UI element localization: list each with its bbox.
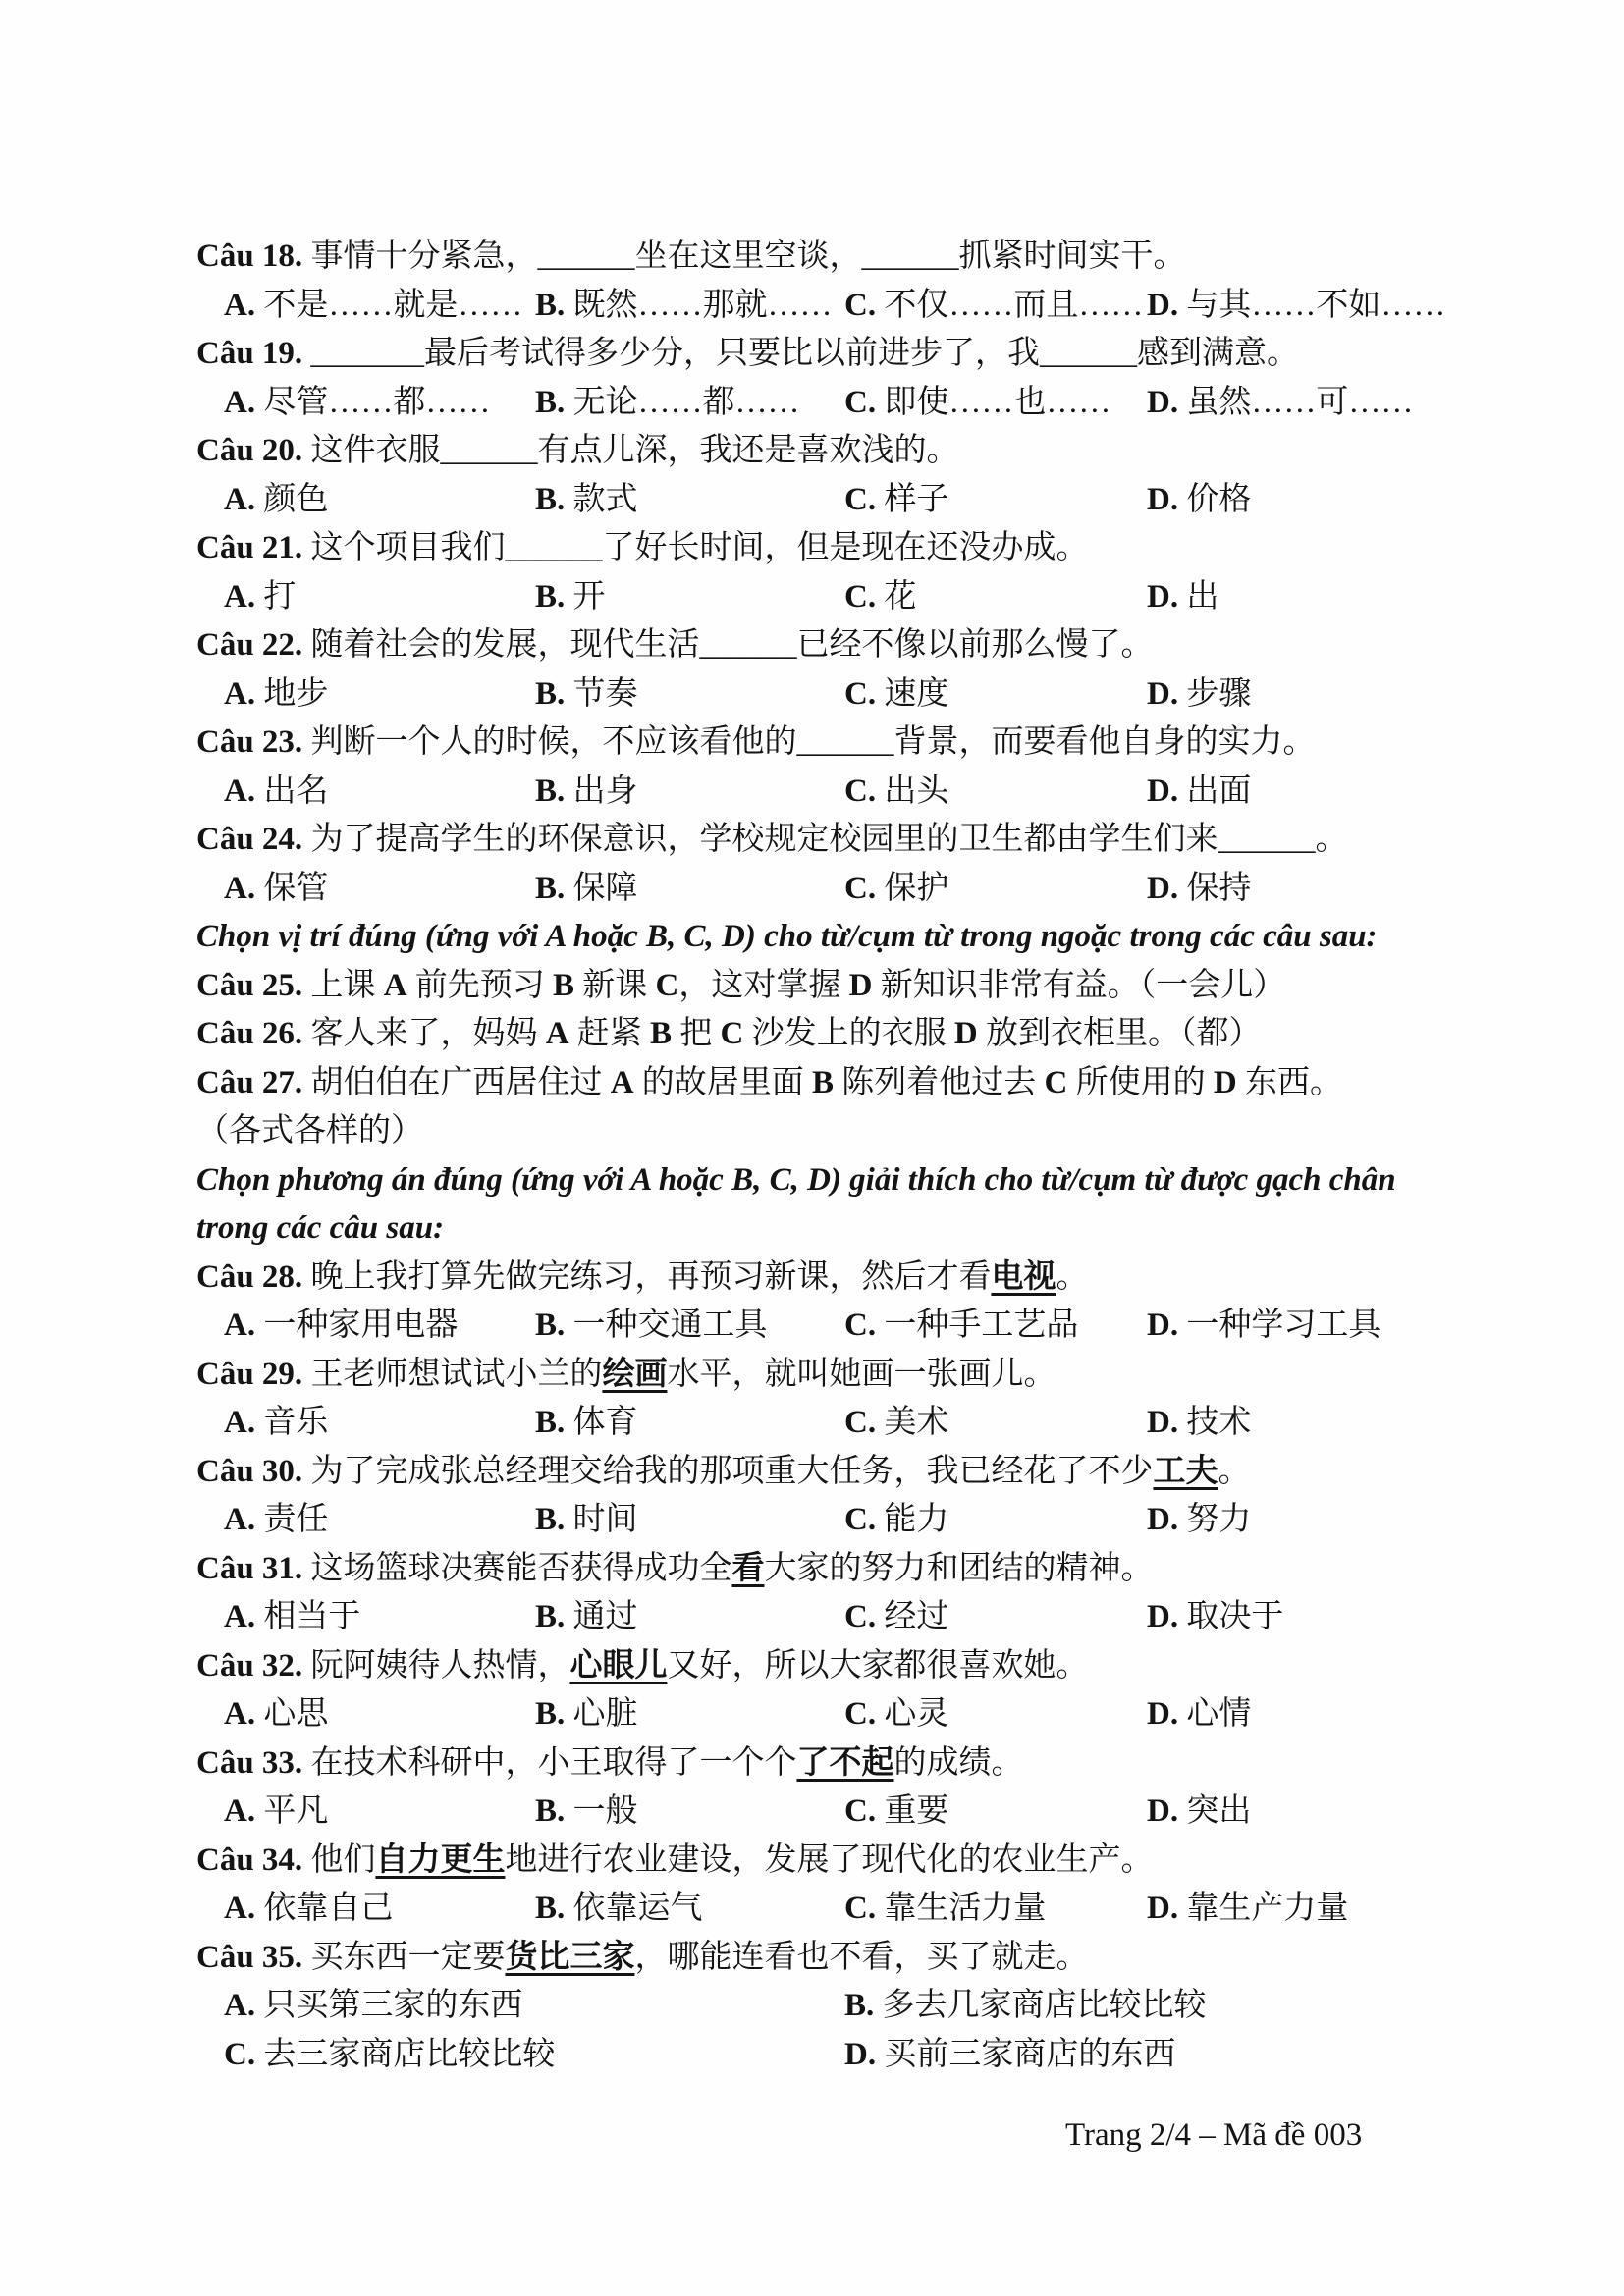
question-line: Câu 19. _______最后考试得多少分，只要比以前进步了，我______… [196, 330, 1465, 379]
option-text: 不是……就是…… [263, 288, 522, 323]
option-text: 不仅……而且…… [884, 288, 1143, 323]
option-letter: C. [224, 2037, 255, 2072]
option-text: 出头 [884, 774, 948, 809]
option-d: D. 价格 [1147, 476, 1251, 525]
option-text: 多去几家商店比较比较 [883, 1988, 1207, 2023]
option-letter: A. [224, 1696, 255, 1732]
question-text: 为了完成张总经理交给我的那项重大任务，我已经花了不少工夫。 [310, 1454, 1250, 1489]
option-letter: C. [844, 1891, 876, 1926]
question-label: Câu 31. [196, 1551, 302, 1586]
option-text: 步骤 [1186, 676, 1251, 712]
options-row: A. 平凡B. 一般C. 重要D. 突出 [196, 1788, 1465, 1837]
question-text: 他们自力更生地进行农业建设，发展了现代化的农业生产。 [310, 1842, 1153, 1878]
option-letter: A. [224, 871, 255, 906]
option-text: 心思 [263, 1696, 328, 1732]
position-letter: B [812, 1065, 834, 1100]
option-text: 责任 [263, 1502, 328, 1537]
option-text: 心情 [1186, 1696, 1251, 1732]
option-letter: C. [844, 1793, 876, 1829]
option-a: A. 相当于 [224, 1593, 360, 1642]
option-text: 去三家商店比较比较 [263, 2037, 555, 2072]
page-footer: Trang 2/4 – Mã đề 003 [1065, 2111, 1362, 2161]
option-b: B. 一般 [535, 1788, 638, 1837]
option-text: 一般 [573, 1793, 638, 1829]
option-letter: B. [535, 676, 565, 712]
option-a: A. 出名 [224, 768, 328, 817]
options-row: A. 心思B. 心脏C. 心灵D. 心情 [196, 1690, 1465, 1739]
option-b: B. 款式 [535, 476, 638, 525]
question-text: 这个项目我们______了好长时间，但是现在还没办成。 [310, 530, 1088, 565]
option-a: A. 只买第三家的东西 [224, 1982, 522, 2031]
option-letter: C. [844, 579, 876, 614]
question-text: 胡伯伯在广西居住过 A 的故居里面 B 陈列着他过去 C 所使用的 D 东西。 [310, 1065, 1342, 1100]
options-row: A. 一种家用电器B. 一种交通工具C. 一种手工艺品D. 一种学习工具 [196, 1302, 1465, 1351]
option-d: D. 靠生产力量 [1147, 1885, 1348, 1934]
option-d: D. 突出 [1147, 1788, 1251, 1837]
option-text: 只买第三家的东西 [263, 1988, 522, 2023]
option-letter: A. [224, 1308, 255, 1343]
option-text: 地步 [263, 676, 328, 712]
option-text: 一种交通工具 [573, 1308, 768, 1343]
option-letter: B. [535, 1793, 565, 1829]
option-c: C. 一种手工艺品 [844, 1302, 1078, 1351]
option-letter: A. [224, 579, 255, 614]
question-line: Câu 18. 事情十分紧急，______坐在这里空谈，______抓紧时间实干… [196, 233, 1465, 282]
option-c: C. 能力 [844, 1496, 948, 1545]
option-letter: C. [844, 288, 876, 323]
option-letter: D. [1147, 871, 1178, 906]
underlined-term: 工夫 [1153, 1454, 1218, 1489]
option-letter: C. [844, 871, 876, 906]
position-letter: C [656, 968, 679, 1003]
question-text: 晚上我打算先做完练习，再预习新课，然后才看电视。 [310, 1259, 1088, 1295]
option-text: 虽然……可…… [1186, 385, 1413, 420]
option-text: 相当于 [263, 1599, 360, 1634]
option-text: 一种手工艺品 [884, 1308, 1078, 1343]
option-letter: B. [535, 1599, 565, 1634]
question-line: Câu 23. 判断一个人的时候，不应该看他的______背景，而要看他自身的实… [196, 719, 1465, 768]
options-row: A. 只买第三家的东西B. 多去几家商店比较比较 [196, 1982, 1465, 2031]
option-c: C. 花 [844, 573, 916, 622]
option-a: A. 保管 [224, 865, 328, 914]
option-text: 心脏 [573, 1696, 638, 1732]
option-b: B. 出身 [535, 768, 638, 817]
option-d: D. 取决于 [1147, 1593, 1283, 1642]
option-letter: A. [224, 676, 255, 712]
question-label: Câu 20. [196, 433, 302, 468]
option-letter: D. [1147, 1599, 1178, 1634]
option-c: C. 保护 [844, 865, 948, 914]
underlined-term: 自力更生 [375, 1842, 505, 1878]
question-label: Câu 25. [196, 968, 302, 1003]
option-letter: D. [1147, 676, 1178, 712]
option-a: A. 责任 [224, 1496, 328, 1545]
question-label: Câu 18. [196, 239, 302, 274]
option-letter: C. [844, 676, 876, 712]
option-text: 款式 [573, 482, 638, 517]
option-letter: B. [535, 579, 565, 614]
question-text: 事情十分紧急，______坐在这里空谈，______抓紧时间实干。 [310, 239, 1185, 274]
question-line: Câu 22. 随着社会的发展，现代生活______已经不像以前那么慢了。 [196, 621, 1465, 670]
option-text: 即使……也…… [884, 385, 1110, 420]
question-label: Câu 21. [196, 530, 302, 565]
option-letter: B. [535, 871, 565, 906]
question-line: Câu 31. 这场篮球决赛能否获得成功全看大家的努力和团结的精神。 [196, 1545, 1465, 1594]
option-a: A. 尽管……都…… [224, 379, 490, 428]
position-letter: D [954, 1016, 978, 1051]
option-c: C. 心灵 [844, 1690, 948, 1739]
option-letter: B. [535, 288, 565, 323]
option-text: 出名 [263, 774, 328, 809]
question-label: Câu 33. [196, 1745, 302, 1781]
option-b: B. 保障 [535, 865, 638, 914]
option-text: 依靠自己 [263, 1891, 393, 1926]
option-text: 平凡 [263, 1793, 328, 1829]
position-letter: C [721, 1016, 744, 1051]
option-c: C. 速度 [844, 670, 948, 720]
position-letter: B [650, 1016, 672, 1051]
question-text: _______最后考试得多少分，只要比以前进步了，我______感到满意。 [310, 336, 1299, 371]
option-b: B. 心脏 [535, 1690, 638, 1739]
question-label: Câu 24. [196, 822, 302, 857]
option-text: 保护 [884, 871, 948, 906]
option-b: B. 时间 [535, 1496, 638, 1545]
question-label: Câu 34. [196, 1842, 302, 1878]
option-text: 保障 [573, 871, 638, 906]
option-text: 时间 [573, 1502, 638, 1537]
option-d: D. 虽然……可…… [1147, 379, 1413, 428]
option-d: D. 买前三家商店的东西 [844, 2031, 1175, 2080]
option-d: D. 保持 [1147, 865, 1251, 914]
option-letter: B. [535, 1405, 565, 1440]
option-text: 突出 [1186, 1793, 1251, 1829]
question-text: 为了提高学生的环保意识，学校规定校园里的卫生都由学生们来______。 [310, 822, 1347, 857]
options-row: A. 相当于B. 通过C. 经过D. 取决于 [196, 1593, 1465, 1642]
option-text: 样子 [884, 482, 948, 517]
options-row: A. 地步B. 节奏C. 速度D. 步骤 [196, 670, 1465, 720]
option-c: C. 经过 [844, 1593, 948, 1642]
question-line: Câu 32. 阮阿姨待人热情，心眼儿又好，所以大家都很喜欢她。 [196, 1642, 1465, 1691]
option-text: 尽管……都…… [263, 385, 490, 420]
option-text: 出面 [1186, 774, 1251, 809]
option-letter: A. [224, 1891, 255, 1926]
question-line: Câu 34. 他们自力更生地进行农业建设，发展了现代化的农业生产。 [196, 1837, 1465, 1886]
option-text: 经过 [884, 1599, 948, 1634]
option-letter: B. [535, 1891, 565, 1926]
option-text: 取决于 [1186, 1599, 1283, 1634]
question-line: Câu 28. 晚上我打算先做完练习，再预习新课，然后才看电视。 [196, 1254, 1465, 1303]
question-label: Câu 29. [196, 1357, 302, 1392]
option-b: B. 开 [535, 573, 606, 622]
option-letter: B. [535, 385, 565, 420]
option-letter: C. [844, 1308, 876, 1343]
option-c: C. 美术 [844, 1399, 948, 1448]
question-note: （各式各样的） [196, 1107, 1465, 1156]
option-letter: D. [1147, 1793, 1178, 1829]
question-label: Câu 23. [196, 724, 302, 760]
option-letter: A. [224, 1988, 255, 2023]
option-b: B. 无论……都…… [535, 379, 800, 428]
option-text: 速度 [884, 676, 948, 712]
options-row: A. 尽管……都……B. 无论……都……C. 即使……也……D. 虽然……可…… [196, 379, 1465, 428]
option-d: D. 步骤 [1147, 670, 1251, 720]
option-letter: A. [224, 1599, 255, 1634]
option-a: A. 音乐 [224, 1399, 328, 1448]
question-line: Câu 27. 胡伯伯在广西居住过 A 的故居里面 B 陈列着他过去 C 所使用… [196, 1059, 1465, 1108]
option-letter: D. [1147, 1405, 1178, 1440]
option-d: D. 技术 [1147, 1399, 1251, 1448]
option-c: C. 不仅……而且…… [844, 282, 1143, 331]
option-c: C. 靠生活力量 [844, 1885, 1046, 1934]
option-letter: D. [1147, 1308, 1178, 1343]
question-label: Câu 19. [196, 336, 302, 371]
question-label: Câu 32. [196, 1648, 302, 1683]
option-text: 体育 [573, 1405, 638, 1440]
option-b: B. 节奏 [535, 670, 638, 720]
section-heading: Chọn vị trí đúng (ứng với A hoặc B, C, D… [196, 913, 1465, 962]
option-text: 颜色 [263, 482, 328, 517]
question-line: Câu 29. 王老师想试试小兰的绘画水平，就叫她画一张画儿。 [196, 1351, 1465, 1400]
option-text: 保管 [263, 871, 328, 906]
option-c: C. 去三家商店比较比较 [224, 2031, 555, 2080]
option-letter: C. [844, 385, 876, 420]
position-letter: D [849, 968, 873, 1003]
option-text: 通过 [573, 1599, 638, 1634]
option-b: B. 多去几家商店比较比较 [844, 1982, 1207, 2031]
option-letter: C. [844, 1502, 876, 1537]
questions: Câu 18. 事情十分紧急，______坐在这里空谈，______抓紧时间实干… [196, 233, 1465, 2079]
option-text: 靠生活力量 [884, 1891, 1046, 1926]
option-text: 重要 [884, 1793, 948, 1829]
question-label: Câu 35. [196, 1940, 302, 1975]
question-text: 王老师想试试小兰的绘画水平，就叫她画一张画儿。 [310, 1357, 1056, 1392]
option-a: A. 平凡 [224, 1788, 328, 1837]
exam-page: Câu 18. 事情十分紧急，______坐在这里空谈，______抓紧时间实干… [0, 0, 1624, 2296]
option-letter: D. [1147, 1696, 1178, 1732]
option-a: A. 地步 [224, 670, 328, 720]
question-text: 买东西一定要货比三家，哪能连看也不看，买了就走。 [310, 1940, 1088, 1975]
option-d: D. 心情 [1147, 1690, 1251, 1739]
option-c: C. 即使……也…… [844, 379, 1110, 428]
option-letter: D. [844, 2037, 876, 2072]
question-text: 在技术科研中，小王取得了一个个了不起的成绩。 [310, 1745, 1023, 1781]
question-line: Câu 24. 为了提高学生的环保意识，学校规定校园里的卫生都由学生们来____… [196, 816, 1465, 865]
question-line: Câu 35. 买东西一定要货比三家，哪能连看也不看，买了就走。 [196, 1934, 1465, 1983]
option-text: 无论……都…… [573, 385, 800, 420]
option-text: 美术 [884, 1405, 948, 1440]
option-text: 依靠运气 [573, 1891, 703, 1926]
option-b: B. 既然……那就…… [535, 282, 833, 331]
option-letter: A. [224, 385, 255, 420]
position-letter: C [1045, 1065, 1068, 1100]
question-label: Câu 26. [196, 1016, 302, 1051]
option-letter: D. [1147, 579, 1178, 614]
option-letter: C. [844, 1696, 876, 1732]
position-letter: A [546, 1016, 569, 1051]
question-label: Câu 28. [196, 1259, 302, 1295]
option-a: A. 心思 [224, 1690, 328, 1739]
underlined-term: 了不起 [796, 1745, 893, 1781]
options-row: A. 音乐B. 体育C. 美术D. 技术 [196, 1399, 1465, 1448]
question-line: Câu 33. 在技术科研中，小王取得了一个个了不起的成绩。 [196, 1739, 1465, 1789]
option-text: 节奏 [573, 676, 638, 712]
option-text: 开 [573, 579, 606, 614]
option-d: D. 与其……不如…… [1147, 282, 1445, 331]
option-letter: C. [844, 482, 876, 517]
option-letter: D. [1147, 288, 1178, 323]
options-row: C. 去三家商店比较比较D. 买前三家商店的东西 [196, 2031, 1465, 2080]
option-letter: C. [844, 774, 876, 809]
option-text: 出身 [573, 774, 638, 809]
underlined-term: 电视 [991, 1259, 1056, 1295]
option-letter: C. [844, 1405, 876, 1440]
option-letter: B. [535, 1308, 565, 1343]
option-d: D. 一种学习工具 [1147, 1302, 1380, 1351]
option-letter: A. [224, 288, 255, 323]
option-letter: A. [224, 482, 255, 517]
option-text: 与其……不如…… [1186, 288, 1445, 323]
section-heading: Chọn phương án đúng (ứng với A hoặc B, C… [196, 1156, 1465, 1254]
question-text: 这场篮球决赛能否获得成功全看大家的努力和团结的精神。 [310, 1551, 1153, 1586]
question-label: Câu 27. [196, 1065, 302, 1100]
option-d: D. 出 [1147, 573, 1218, 622]
option-text: 技术 [1186, 1405, 1251, 1440]
option-letter: D. [1147, 774, 1178, 809]
question-label: Câu 30. [196, 1454, 302, 1489]
question-line: Câu 20. 这件衣服______有点儿深，我还是喜欢浅的。 [196, 427, 1465, 476]
option-a: A. 一种家用电器 [224, 1302, 458, 1351]
options-row: A. 依靠自己B. 依靠运气C. 靠生活力量D. 靠生产力量 [196, 1885, 1465, 1934]
option-letter: C. [844, 1599, 876, 1634]
option-b: B. 通过 [535, 1593, 638, 1642]
option-b: B. 一种交通工具 [535, 1302, 768, 1351]
question-line: Câu 25. 上课 A 前先预习 B 新课 C，这对掌握 D 新知识非常有益。… [196, 962, 1465, 1011]
option-letter: B. [535, 482, 565, 517]
option-c: C. 重要 [844, 1788, 948, 1837]
options-row: A. 打B. 开C. 花D. 出 [196, 573, 1465, 622]
option-text: 音乐 [263, 1405, 328, 1440]
options-row: A. 颜色B. 款式C. 样子D. 价格 [196, 476, 1465, 525]
option-letter: B. [535, 1502, 565, 1537]
options-row: A. 不是……就是……B. 既然……那就……C. 不仅……而且……D. 与其……… [196, 282, 1465, 331]
option-text: 心灵 [884, 1696, 948, 1732]
options-row: A. 责任B. 时间C. 能力D. 努力 [196, 1496, 1465, 1545]
option-d: D. 努力 [1147, 1496, 1251, 1545]
option-letter: D. [1147, 1502, 1178, 1537]
question-text: 随着社会的发展，现代生活______已经不像以前那么慢了。 [310, 627, 1153, 663]
option-text: 价格 [1186, 482, 1251, 517]
position-letter: A [384, 968, 407, 1003]
page-footer-text: Trang 2/4 – Mã đề 003 [1065, 2117, 1362, 2153]
underlined-term: 心眼儿 [569, 1648, 667, 1683]
option-letter: B. [535, 774, 565, 809]
option-letter: B. [535, 1696, 565, 1732]
option-c: C. 出头 [844, 768, 948, 817]
option-d: D. 出面 [1147, 768, 1251, 817]
option-a: A. 依靠自己 [224, 1885, 393, 1934]
option-text: 靠生产力量 [1186, 1891, 1348, 1926]
question-text: 上课 A 前先预习 B 新课 C，这对掌握 D 新知识非常有益。（一会儿） [310, 968, 1285, 1003]
question-text: 阮阿姨待人热情，心眼儿又好，所以大家都很喜欢她。 [310, 1648, 1088, 1683]
option-text: 买前三家商店的东西 [884, 2037, 1175, 2072]
option-letter: A. [224, 1502, 255, 1537]
option-text: 能力 [884, 1502, 948, 1537]
option-text: 一种学习工具 [1186, 1308, 1380, 1343]
question-label: Câu 22. [196, 627, 302, 663]
option-c: C. 样子 [844, 476, 948, 525]
question-line: Câu 30. 为了完成张总经理交给我的那项重大任务，我已经花了不少工夫。 [196, 1448, 1465, 1497]
option-b: B. 依靠运气 [535, 1885, 703, 1934]
position-letter: D [1214, 1065, 1237, 1100]
option-text: 既然……那就…… [573, 288, 833, 323]
option-text: 打 [263, 579, 296, 614]
position-letter: B [553, 968, 574, 1003]
option-letter: B. [844, 1988, 874, 2023]
option-a: A. 颜色 [224, 476, 328, 525]
question-text: 判断一个人的时候，不应该看他的______背景，而要看他自身的实力。 [310, 724, 1315, 760]
question-line: Câu 21. 这个项目我们______了好长时间，但是现在还没办成。 [196, 524, 1465, 573]
underlined-term: 绘画 [602, 1357, 667, 1392]
option-letter: D. [1147, 385, 1178, 420]
options-row: A. 保管B. 保障C. 保护D. 保持 [196, 865, 1465, 914]
underlined-term: 看 [731, 1551, 764, 1586]
underlined-term: 货比三家 [505, 1940, 634, 1975]
option-text: 保持 [1186, 871, 1251, 906]
option-letter: D. [1147, 482, 1178, 517]
question-text: 客人来了，妈妈 A 赶紧 B 把 C 沙发上的衣服 D 放到衣柜里。（都） [310, 1016, 1261, 1051]
option-a: A. 不是……就是…… [224, 282, 522, 331]
option-text: 花 [884, 579, 916, 614]
option-b: B. 体育 [535, 1399, 638, 1448]
option-letter: A. [224, 1405, 255, 1440]
option-a: A. 打 [224, 573, 296, 622]
option-letter: D. [1147, 1891, 1178, 1926]
option-text: 努力 [1186, 1502, 1251, 1537]
option-letter: A. [224, 1793, 255, 1829]
option-text: 出 [1186, 579, 1218, 614]
option-text: 一种家用电器 [263, 1308, 458, 1343]
question-text: 这件衣服______有点儿深，我还是喜欢浅的。 [310, 433, 958, 468]
options-row: A. 出名B. 出身C. 出头D. 出面 [196, 768, 1465, 817]
option-letter: A. [224, 774, 255, 809]
question-line: Câu 26. 客人来了，妈妈 A 赶紧 B 把 C 沙发上的衣服 D 放到衣柜… [196, 1010, 1465, 1059]
position-letter: A [611, 1065, 634, 1100]
